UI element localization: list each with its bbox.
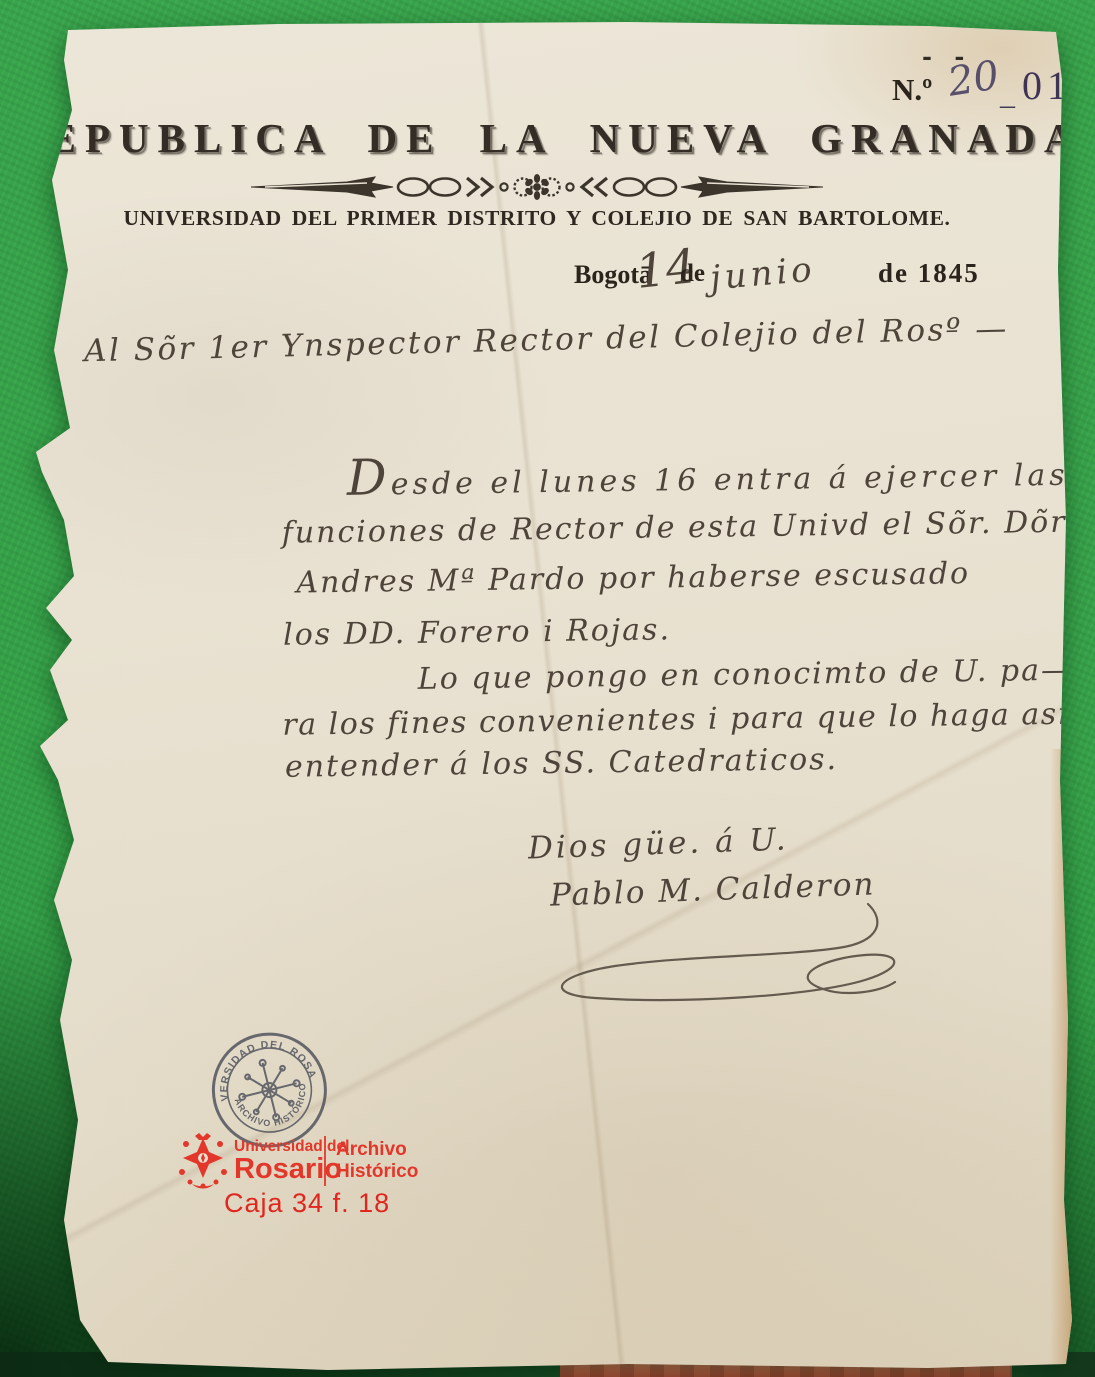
photo-background: - - N.º 20 _ 018 REPUBLICA DE LA NUEVA G… <box>0 0 1095 1377</box>
signature-flourish <box>533 898 923 1013</box>
body-line: Lo que pongo en conocimto de U. pa— <box>418 653 1074 697</box>
body-line: Desde el lunes 16 entra á ejercer las <box>347 451 1069 503</box>
body-line: Andres Mª Pardo por haberse escusado <box>296 556 970 600</box>
body-line: entender á los SS. Catedraticos. <box>285 742 839 785</box>
logo-divider <box>324 1136 326 1186</box>
rosario-crest-icon <box>178 1132 228 1195</box>
body-line: ra los fines convenientes i para que lo … <box>282 697 1069 743</box>
logo-dept-line1: Archivo <box>336 1139 407 1161</box>
body-line: los DD. Forero i Rojas. <box>283 612 671 652</box>
logo-dept-line2: Histórico <box>336 1161 418 1183</box>
body-line: funciones de Rector de esta Univd el Sõr… <box>281 505 1075 551</box>
document-page: - - N.º 20 _ 018 REPUBLICA DE LA NUEVA G… <box>28 20 1074 1370</box>
box-folio-reference: Caja 34 f. 18 <box>224 1188 390 1219</box>
